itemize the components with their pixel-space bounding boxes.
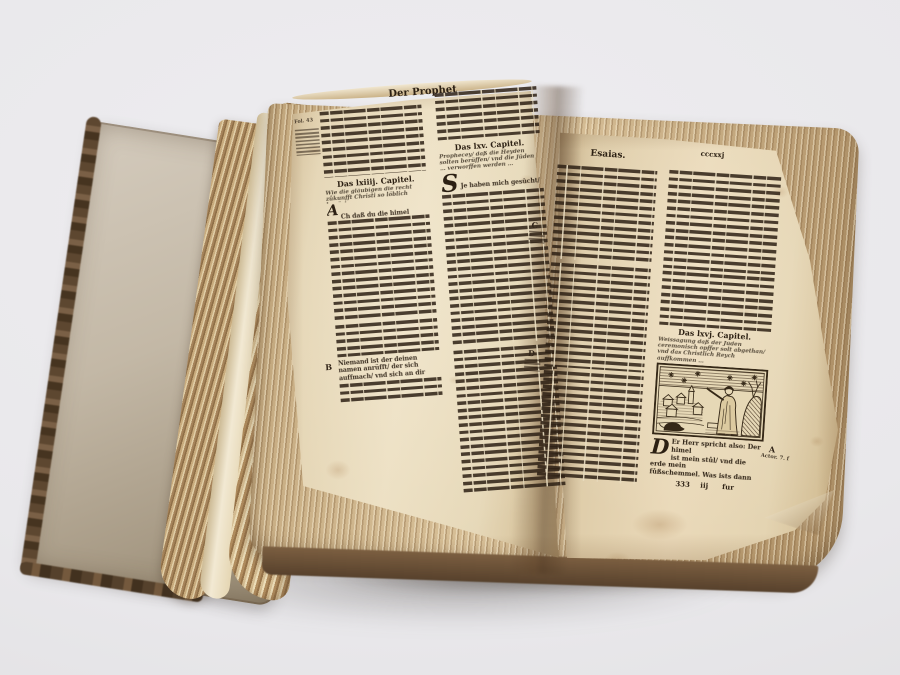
body-text — [320, 105, 427, 178]
drop-cap-s: S — [440, 173, 459, 194]
paragraph-letter-b: B — [325, 363, 332, 371]
gutter-citation-marks — [528, 231, 545, 244]
right-column-2: Das lxvj. Capitel. Weissagung daß der Jü… — [648, 170, 781, 494]
body-text — [663, 170, 781, 275]
body-text — [551, 164, 657, 264]
right-page-text: Esaias. cccxxj C D Das lxvj. Capitel. We… — [524, 128, 813, 564]
photo-of-antique-open-book: Der Prophet Fol. 43 Das lxiiij. Capitel.… — [0, 0, 900, 675]
body-text — [442, 188, 555, 347]
left-column-1: Das lxiiij. Capitel. Wie die gläubigen d… — [320, 105, 443, 403]
body-text — [434, 86, 539, 141]
body-text — [328, 214, 437, 321]
paragraph-letter-d: D — [528, 349, 535, 357]
running-head-right: Esaias. — [590, 149, 626, 162]
drop-cap-a: A — [326, 204, 339, 218]
body-text — [659, 271, 774, 332]
body-text — [544, 262, 651, 372]
margin-citation: Actor. 7. f — [760, 453, 789, 463]
margin-gloss: Fol. 43 — [294, 118, 319, 126]
folio-number: cccxxj — [700, 150, 724, 160]
body-text — [537, 370, 644, 484]
body-text — [335, 318, 439, 357]
catchword: fur — [722, 483, 734, 492]
prophet-woodcut — [652, 362, 769, 441]
right-column-1 — [537, 164, 658, 484]
signature-mark: 333 iij — [675, 480, 708, 490]
paragraph-letter-a: A — [769, 445, 776, 453]
gutter-citation-marks — [524, 359, 541, 372]
verse-block: D Er Herr spricht also: Der himel ist me… — [649, 437, 763, 483]
paragraph-letter-c: C — [531, 221, 538, 229]
margin-gloss-lines — [295, 128, 321, 156]
